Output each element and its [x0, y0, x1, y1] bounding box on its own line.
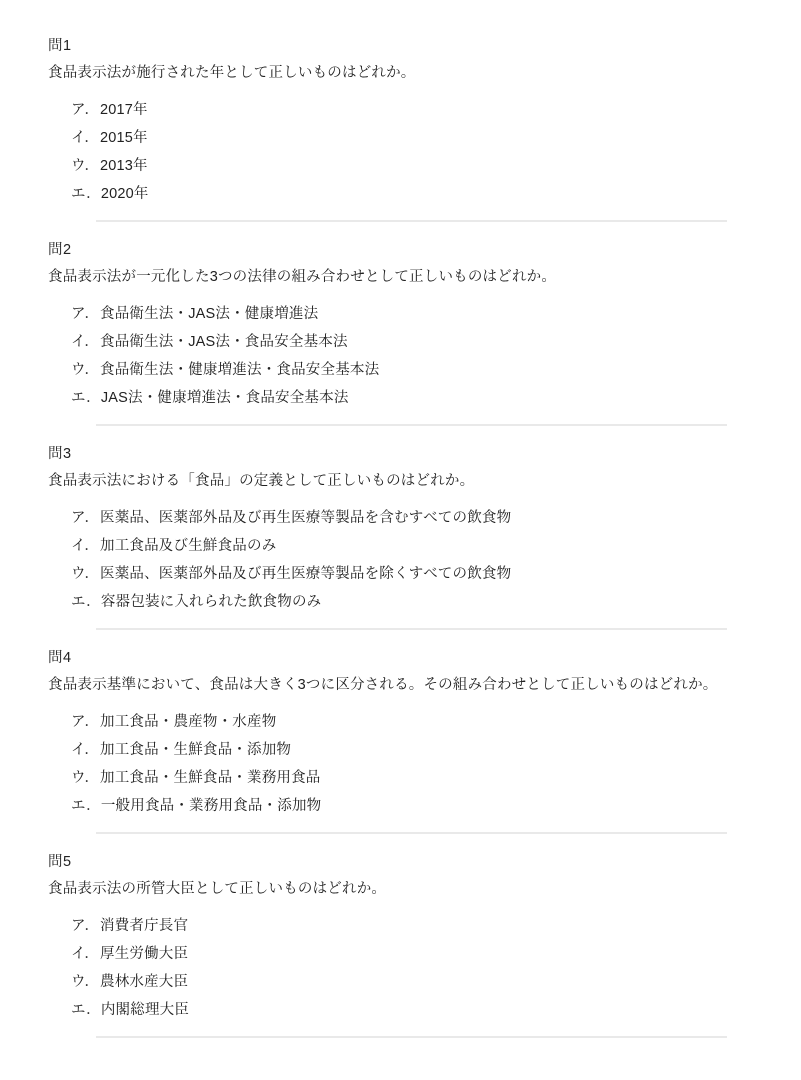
option-text: 加工食品・生鮮食品・業務用食品	[100, 770, 321, 786]
option-label: イ．	[71, 532, 100, 560]
option: イ．加工食品及び生鮮食品のみ	[48, 532, 753, 560]
option: ア．食品衛生法・JAS法・健康増進法	[48, 300, 753, 328]
option-text: 2017年	[100, 102, 148, 118]
quiz-page: 問1 食品表示法が施行された年として正しいものはどれか。 ア．2017年 イ．2…	[0, 0, 801, 1038]
option-text: 加工食品・農産物・水産物	[100, 714, 276, 730]
option-text: 2013年	[100, 158, 148, 174]
option-label: イ．	[71, 940, 100, 968]
question-number: 問3	[48, 444, 753, 464]
option-text: 2020年	[101, 186, 149, 202]
question-text: 食品表示法が一元化した3つの法律の組み合わせとして正しいものはどれか。	[48, 267, 753, 287]
option-text: 加工食品及び生鮮食品のみ	[100, 538, 276, 554]
question-divider	[96, 220, 727, 222]
question-block-1: 問1 食品表示法が施行された年として正しいものはどれか。 ア．2017年 イ．2…	[48, 36, 753, 222]
question-divider	[96, 1036, 727, 1038]
option: イ．厚生労働大臣	[48, 940, 753, 968]
option-text: JAS法・健康増進法・食品安全基本法	[101, 390, 349, 406]
option: ウ．加工食品・生鮮食品・業務用食品	[48, 764, 753, 792]
option: ウ．食品衛生法・健康増進法・食品安全基本法	[48, 356, 753, 384]
option-label: エ．	[71, 588, 101, 616]
option: エ．JAS法・健康増進法・食品安全基本法	[48, 384, 753, 412]
option-text: 食品衛生法・健康増進法・食品安全基本法	[100, 362, 379, 378]
option: イ．食品衛生法・JAS法・食品安全基本法	[48, 328, 753, 356]
option-label: イ．	[71, 736, 100, 764]
option-label: ウ．	[71, 152, 100, 180]
question-divider	[96, 832, 727, 834]
question-text: 食品表示法における「食品」の定義として正しいものはどれか。	[48, 471, 753, 491]
option-text: 容器包装に入れられた飲食物のみ	[101, 594, 322, 610]
question-number: 問2	[48, 240, 753, 260]
option-text: 食品衛生法・JAS法・健康増進法	[100, 306, 318, 322]
option-label: エ．	[71, 384, 101, 412]
option: ア．消費者庁長官	[48, 912, 753, 940]
options-list: ア．加工食品・農産物・水産物 イ．加工食品・生鮮食品・添加物 ウ．加工食品・生鮮…	[48, 708, 753, 820]
question-text: 食品表示法の所管大臣として正しいものはどれか。	[48, 879, 753, 899]
question-number: 問1	[48, 36, 753, 56]
option-text: 一般用食品・業務用食品・添加物	[101, 798, 322, 814]
option-label: ア．	[71, 300, 100, 328]
option-label: エ．	[71, 996, 101, 1024]
option-text: 食品衛生法・JAS法・食品安全基本法	[100, 334, 348, 350]
option-text: 農林水産大臣	[100, 974, 188, 990]
options-list: ア．2017年 イ．2015年 ウ．2013年 エ．2020年	[48, 96, 753, 208]
option: イ．加工食品・生鮮食品・添加物	[48, 736, 753, 764]
option-label: エ．	[71, 180, 101, 208]
option: ウ．2013年	[48, 152, 753, 180]
question-text: 食品表示法が施行された年として正しいものはどれか。	[48, 63, 753, 83]
option-label: ア．	[71, 708, 100, 736]
option: ア．加工食品・農産物・水産物	[48, 708, 753, 736]
option-label: ア．	[71, 912, 100, 940]
option: ウ．医薬品、医薬部外品及び再生医療等製品を除くすべての飲食物	[48, 560, 753, 588]
option-label: ウ．	[71, 764, 100, 792]
option: エ．容器包装に入れられた飲食物のみ	[48, 588, 753, 616]
options-list: ア．食品衛生法・JAS法・健康増進法 イ．食品衛生法・JAS法・食品安全基本法 …	[48, 300, 753, 412]
option-label: ウ．	[71, 356, 100, 384]
question-block-2: 問2 食品表示法が一元化した3つの法律の組み合わせとして正しいものはどれか。 ア…	[48, 240, 753, 426]
option: エ．一般用食品・業務用食品・添加物	[48, 792, 753, 820]
question-block-5: 問5 食品表示法の所管大臣として正しいものはどれか。 ア．消費者庁長官 イ．厚生…	[48, 852, 753, 1038]
option-label: イ．	[71, 328, 100, 356]
question-block-4: 問4 食品表示基準において、食品は大きく3つに区分される。その組み合わせとして正…	[48, 648, 753, 834]
option-text: 2015年	[100, 130, 148, 146]
option-label: ウ．	[71, 968, 100, 996]
option: ウ．農林水産大臣	[48, 968, 753, 996]
option: ア．2017年	[48, 96, 753, 124]
option-label: イ．	[71, 124, 100, 152]
option: イ．2015年	[48, 124, 753, 152]
option-text: 医薬品、医薬部外品及び再生医療等製品を除くすべての飲食物	[100, 566, 511, 582]
option-label: ウ．	[71, 560, 100, 588]
option: エ．内閣総理大臣	[48, 996, 753, 1024]
option-text: 厚生労働大臣	[100, 946, 188, 962]
option-text: 加工食品・生鮮食品・添加物	[100, 742, 291, 758]
options-list: ア．消費者庁長官 イ．厚生労働大臣 ウ．農林水産大臣 エ．内閣総理大臣	[48, 912, 753, 1024]
options-list: ア．医薬品、医薬部外品及び再生医療等製品を含むすべての飲食物 イ．加工食品及び生…	[48, 504, 753, 616]
question-divider	[96, 628, 727, 630]
question-number: 問4	[48, 648, 753, 668]
question-number: 問5	[48, 852, 753, 872]
option-label: ア．	[71, 96, 100, 124]
option-label: ア．	[71, 504, 100, 532]
option-label: エ．	[71, 792, 101, 820]
option-text: 消費者庁長官	[100, 918, 188, 934]
question-divider	[96, 424, 727, 426]
question-text: 食品表示基準において、食品は大きく3つに区分される。その組み合わせとして正しいも…	[48, 675, 753, 695]
option: エ．2020年	[48, 180, 753, 208]
question-block-3: 問3 食品表示法における「食品」の定義として正しいものはどれか。 ア．医薬品、医…	[48, 444, 753, 630]
option-text: 内閣総理大臣	[101, 1002, 189, 1018]
option-text: 医薬品、医薬部外品及び再生医療等製品を含むすべての飲食物	[100, 510, 511, 526]
option: ア．医薬品、医薬部外品及び再生医療等製品を含むすべての飲食物	[48, 504, 753, 532]
